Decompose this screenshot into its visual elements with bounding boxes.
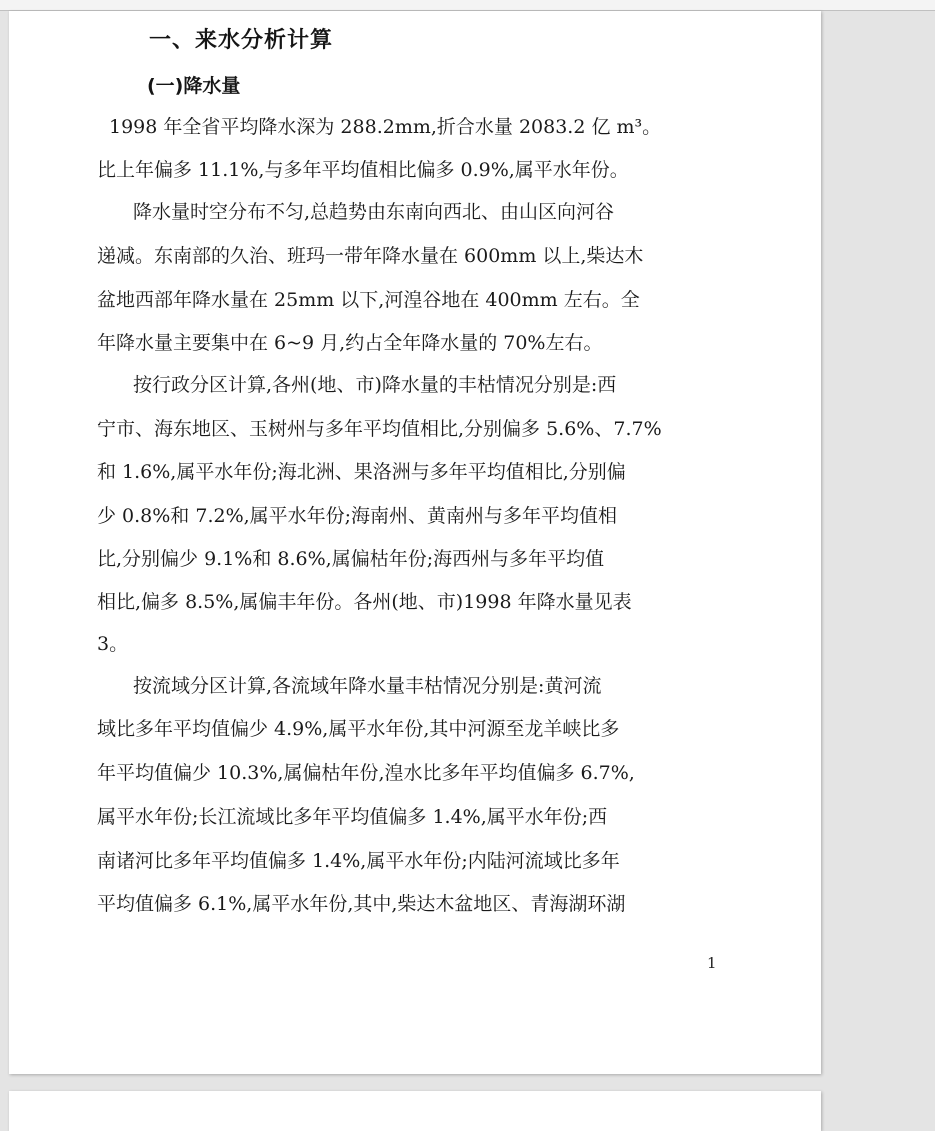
document-page-2 bbox=[9, 1091, 821, 1107]
text-line: 相比,偏多 8.5%,属偏丰年份。各州(地、市)1998 年降水量见表 bbox=[97, 589, 632, 615]
text-line: 按流域分区计算,各流域年降水量丰枯情况分别是:黄河流 bbox=[133, 673, 601, 699]
text-line: 1998 年全省平均降水深为 288.2mm,折合水量 2083.2 亿 m³。 bbox=[109, 114, 661, 140]
text-line: 属平水年份;长江流域比多年平均值偏多 1.4%,属平水年份;西 bbox=[97, 804, 607, 830]
text-line: 平均值偏多 6.1%,属平水年份,其中,柴达木盆地区、青海湖环湖 bbox=[97, 891, 625, 917]
text-line: 年平均值偏少 10.3%,属偏枯年份,湟水比多年平均值偏多 6.7%, bbox=[97, 760, 635, 786]
section-heading: 一、来水分析计算 bbox=[149, 23, 333, 54]
text-line: 少 0.8%和 7.2%,属平水年份;海南州、黄南州与多年平均值相 bbox=[97, 503, 617, 529]
viewer-toolbar bbox=[0, 0, 935, 11]
text-line: 比上年偏多 11.1%,与多年平均值相比偏多 0.9%,属平水年份。 bbox=[97, 157, 629, 183]
text-line: 南诸河比多年平均值偏多 1.4%,属平水年份;内陆河流域比多年 bbox=[97, 848, 620, 874]
document-viewer[interactable]: 一、来水分析计算 (一)降水量 1998 年全省平均降水深为 288.2mm,折… bbox=[0, 11, 935, 1107]
text-line: 宁市、海东地区、玉树州与多年平均值相比,分别偏多 5.6%、7.7% bbox=[97, 416, 662, 442]
text-line: 递减。东南部的久治、班玛一带年降水量在 600mm 以上,柴达木 bbox=[97, 243, 643, 269]
text-line: 盆地西部年降水量在 25mm 以下,河湟谷地在 400mm 左右。全 bbox=[97, 287, 640, 313]
text-line: 和 1.6%,属平水年份;海北洲、果洛洲与多年平均值相比,分别偏 bbox=[97, 459, 626, 485]
page-number: 1 bbox=[707, 954, 717, 972]
text-line: 域比多年平均值偏少 4.9%,属平水年份,其中河源至龙羊峡比多 bbox=[97, 716, 619, 742]
subsection-heading: (一)降水量 bbox=[147, 71, 240, 98]
text-line: 3。 bbox=[97, 631, 128, 657]
text-line: 按行政分区计算,各州(地、市)降水量的丰枯情况分别是:西 bbox=[133, 372, 616, 398]
text-line: 降水量时空分布不匀,总趋势由东南向西北、由山区向河谷 bbox=[133, 199, 614, 225]
text-line: 比,分别偏少 9.1%和 8.6%,属偏枯年份;海西州与多年平均值 bbox=[97, 546, 604, 572]
text-line: 年降水量主要集中在 6~9 月,约占全年降水量的 70%左右。 bbox=[97, 330, 603, 356]
document-page-1: 一、来水分析计算 (一)降水量 1998 年全省平均降水深为 288.2mm,折… bbox=[9, 11, 821, 1074]
